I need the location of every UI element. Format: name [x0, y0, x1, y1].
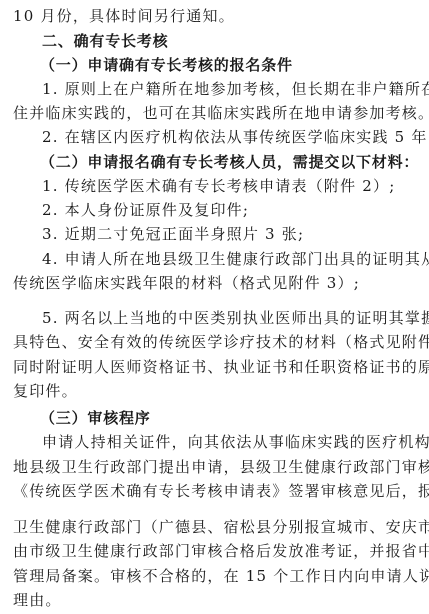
material-item-2: 2. 本人身份证原件及复印件; [42, 200, 429, 220]
material-item-5-cont-2: 同时附证明人医师资格证书、执业证书和任职资格证书的原件及 [13, 357, 423, 377]
document-page: 10 月份，具体时间另行通知。 二、确有专长考核 （一）申请确有专长考核的报名条… [0, 0, 429, 614]
material-item-3: 3. 近期二寸免冠正面半身照片 3 张; [42, 224, 429, 244]
condition-item-1-cont: 住并临床实践的，也可在其临床实践所在地申请参加考核。 [13, 103, 423, 123]
condition-item-1: 1. 原则上在户籍所在地参加考核，但长期在非户籍所在地居 [42, 79, 429, 99]
procedure-paragraph-line-4: 卫生健康行政部门（广德县、宿松县分别报宣城市、安庆市）， [13, 517, 423, 537]
procedure-paragraph-line-5: 由市级卫生健康行政部门审核合格后发放准考证，并报省中医药 [13, 541, 423, 561]
paragraph-continuation: 10 月份，具体时间另行通知。 [13, 6, 423, 26]
procedure-paragraph-line-2: 地县级卫生行政部门提出申请，县级卫生健康行政部门审核后在 [13, 457, 423, 477]
subsection-heading-3: （三）审核程序 [40, 408, 429, 428]
material-item-1: 1. 传统医学医术确有专长考核申请表（附件 2）; [42, 176, 429, 196]
material-item-5: 5. 两名以上当地的中医类别执业医师出具的证明其掌握独 [42, 308, 429, 328]
material-item-5-cont-1: 具特色、安全有效的传统医学诊疗技术的材料（格式见附件 4）， [13, 332, 423, 352]
procedure-paragraph-line-6: 管理局备案。审核不合格的，在 15 个工作日内向申请人说明 [13, 566, 423, 586]
material-item-4: 4. 申请人所在地县级卫生健康行政部门出具的证明其从事 [42, 249, 429, 269]
subsection-heading-1: （一）申请确有专长考核的报名条件 [40, 55, 429, 75]
condition-item-2: 2. 在辖区内医疗机构依法从事传统医学临床实践 5 年以上。 [42, 127, 429, 147]
procedure-paragraph-line-3: 《传统医学医术确有专长考核申请表》签署审核意见后，报市级 [13, 481, 423, 501]
material-item-5-cont-3: 复印件。 [13, 381, 423, 401]
procedure-paragraph-line-1: 申请人持相关证件，向其依法从事临床实践的医疗机构所在 [42, 432, 429, 452]
subsection-heading-2: （二）申请报名确有专长考核人员，需提交以下材料： [40, 152, 429, 172]
material-item-4-cont: 传统医学临床实践年限的材料（格式见附件 3）; [13, 273, 423, 293]
procedure-paragraph-line-7: 理由。 [13, 590, 423, 610]
section-heading-2: 二、确有专长考核 [42, 31, 429, 51]
